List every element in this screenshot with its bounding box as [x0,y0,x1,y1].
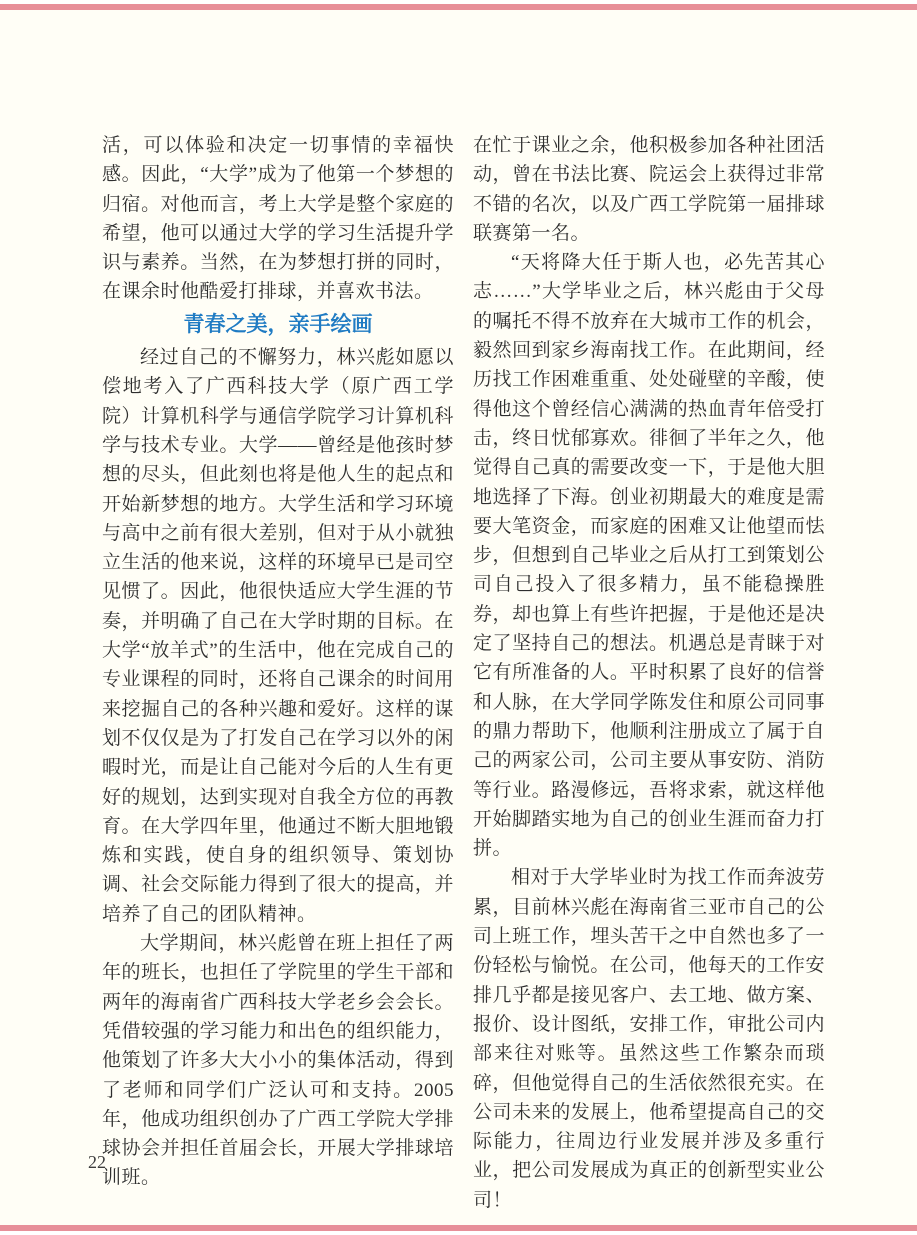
bottom-edge-strip [0,1231,917,1235]
paragraph-continuation: 活，可以体验和决定一切事情的幸福快感。因此，“大学”成为了他第一个梦想的归宿。对… [102,131,454,307]
magazine-page: 活，可以体验和决定一切事情的幸福快感。因此，“大学”成为了他第一个梦想的归宿。对… [0,0,917,1235]
paragraph: “天将降大任于斯人也，必先苦其心志……”大学毕业之后，林兴彪由于父母的嘱托不得不… [473,248,825,863]
section-heading: 青春之美，亲手绘画 [102,310,454,339]
paragraph: 相对于大学毕业时为找工作而奔波劳累，目前林兴彪在海南省三亚市自己的公司上班工作，… [473,863,825,1215]
page-number: 22 [88,1150,106,1174]
right-text-column: 在忙于课业之余，他积极参加各种社团活动，曾在书法比赛、院运会上获得过非常不错的名… [473,131,825,1215]
left-text-column: 活，可以体验和决定一切事情的幸福快感。因此，“大学”成为了他第一个梦想的归宿。对… [102,131,454,1193]
top-border-rule [0,4,917,10]
paragraph: 经过自己的不懈努力，林兴彪如愿以偿地考入了广西科技大学（原广西工学院）计算机科学… [102,343,454,929]
paragraph-continuation: 在忙于课业之余，他积极参加各种社团活动，曾在书法比赛、院运会上获得过非常不错的名… [473,131,825,248]
paragraph: 大学期间，林兴彪曾在班上担任了两年的班长，也担任了学院里的学生干部和两年的海南省… [102,929,454,1193]
